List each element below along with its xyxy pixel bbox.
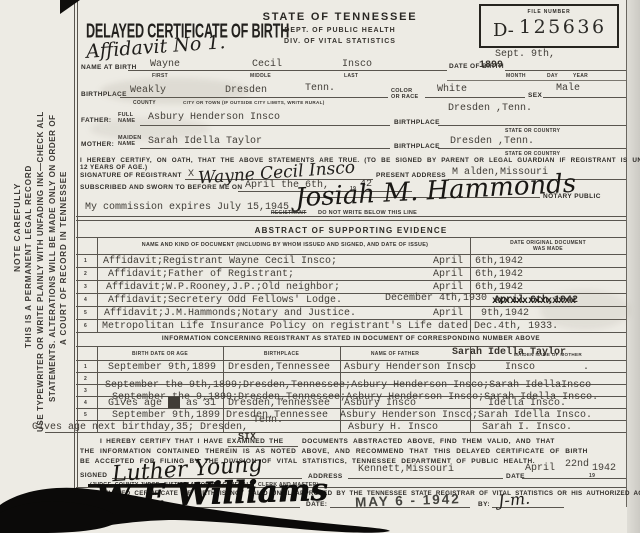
birthplace-state-value: Tenn. bbox=[305, 83, 335, 94]
mother-birthplace-underline bbox=[438, 148, 626, 149]
typed-birth-date-month: Sept. 9th, bbox=[495, 49, 555, 60]
info-concerning-header: INFORMATION CONCERNING REGISTRANT AS STA… bbox=[76, 335, 626, 342]
registrar-agent-initials: J-m. bbox=[497, 489, 531, 511]
t1-r1-num: 1 bbox=[84, 258, 87, 264]
t2-birth-col-header: BIRTH DATE OR AGE bbox=[97, 351, 223, 357]
notary-public-label: NOTARY PUBLIC bbox=[543, 193, 601, 200]
sex-value: Male bbox=[556, 83, 580, 94]
date-of-birth-year-value: 1899 bbox=[479, 60, 503, 71]
bleed-smudge bbox=[100, 78, 250, 104]
t1-r1-doc: Affidavit;Registrant Wayne Cecil Insco; bbox=[103, 256, 337, 267]
color-race-label: COLOR OR RACE bbox=[391, 88, 421, 100]
t1-r2-line bbox=[76, 280, 626, 281]
father-birthplace-underline bbox=[438, 125, 626, 126]
race-underline bbox=[425, 97, 525, 98]
dob-underline bbox=[505, 70, 626, 71]
father-state-country-sublabel: STATE OR COUNTRY bbox=[505, 128, 560, 134]
father-birthplace-label: BIRTHPLACE bbox=[394, 119, 440, 126]
mother-birthplace-label: BIRTHPLACE bbox=[394, 143, 440, 150]
sworn-label: SUBSCRIBED AND SWORN TO BEFORE ME ON bbox=[80, 184, 242, 191]
t2-r4-mother: Idella Insco. bbox=[488, 398, 566, 409]
t2-headline bbox=[76, 360, 626, 361]
race-value: White bbox=[437, 84, 467, 95]
sex-underline bbox=[543, 97, 626, 98]
t2-r5-father: Asbury Henderson Insco; bbox=[340, 410, 478, 421]
t1-top bbox=[76, 237, 626, 238]
margin-note-court: A COURT OF RECORD IN TENNESSEE bbox=[59, 171, 68, 345]
name-middle-value: Cecil bbox=[252, 59, 282, 70]
file-number-prefix: D- bbox=[493, 20, 514, 41]
t1-r5-num: 5 bbox=[84, 310, 87, 316]
t1-r3-date: April 6th,1942 bbox=[433, 282, 523, 293]
t1-r6-doc: Metropolitan Life Insurance Policy on re… bbox=[102, 321, 558, 332]
t1-numcol-line bbox=[97, 237, 98, 332]
margin-note-typewriter: USE TYPEWRITER OR WRITE PLAINLY WITH UNF… bbox=[36, 111, 45, 432]
t2-r6-place-above: Tenn. bbox=[253, 415, 283, 426]
sex-label: SEX bbox=[528, 92, 542, 99]
t1-bottom bbox=[76, 332, 626, 333]
t2-r4-father: Asbury Insco bbox=[344, 398, 416, 409]
ink-blot bbox=[0, 479, 400, 533]
date-year-value: 1942 bbox=[592, 463, 616, 474]
registrant-signature-x: X bbox=[188, 169, 194, 180]
commission-expires-note: My commission expires July 15,1945. bbox=[85, 202, 295, 213]
year-sublabel: YEAR bbox=[573, 73, 588, 79]
date-underline bbox=[522, 478, 626, 479]
section-divider-top bbox=[76, 216, 626, 217]
t2-r5-birth: September 9th,1899 bbox=[112, 410, 220, 421]
month-sublabel: MONTH bbox=[506, 73, 526, 79]
t2-r6-birth: Gives age next birthday,35; Dresden, bbox=[32, 422, 248, 433]
t2-r2-num: 2 bbox=[84, 376, 87, 382]
dob-secondary-line bbox=[447, 80, 626, 81]
t2-r1-birth: September 9th,1899 bbox=[108, 362, 216, 373]
address-value: Kennett,Missouri bbox=[358, 464, 454, 475]
mother-birthplace-value: Dresden ,Tenn. bbox=[450, 136, 534, 147]
t2-r4-num: 4 bbox=[84, 400, 87, 406]
t1-r2-doc: Affidavit;Father of Registrant; bbox=[108, 269, 294, 280]
bleed-smudge bbox=[90, 118, 210, 140]
cert-line1b: DOCUMENTS ABSTRACTED ABOVE, FIND THEM VA… bbox=[302, 438, 555, 445]
name-underline bbox=[128, 70, 447, 71]
father-birthplace-value: Dresden ,Tenn. bbox=[448, 103, 532, 114]
delayed-birth-certificate-document: NOTE CAREFULLY THIS IS A PERMANENT LEGAL… bbox=[0, 0, 640, 533]
t1-r2-num: 2 bbox=[84, 271, 87, 277]
t2-r6-father: Asbury H. Insco bbox=[348, 422, 438, 433]
t2-r5-mother: Sarah Idella Insco. bbox=[478, 410, 592, 421]
t1-r4-num: 4 bbox=[84, 297, 87, 303]
file-number-value: 125636 bbox=[519, 16, 607, 38]
t2-father-col-header: NAME OF FATHER bbox=[340, 351, 450, 357]
file-number-label: FILE NUMBER bbox=[481, 9, 617, 15]
t2-r3-num: 3 bbox=[84, 388, 87, 394]
day-sublabel: DAY bbox=[547, 73, 558, 79]
cert-blank-underline bbox=[228, 446, 298, 447]
t1-r3-doc: Affidavit;W.P.Rooney,J.P.;Old neighbor; bbox=[106, 282, 340, 293]
margin-note-alterations: STATEMENTS. ALTERATIONS WILL BE MADE ONL… bbox=[48, 114, 57, 402]
cert-line1a: I HEREBY CERTIFY THAT I HAVE EXAMINED TH… bbox=[100, 438, 284, 445]
t1-r4-date: December 4th,1930 bbox=[385, 293, 487, 304]
date-day-value: 22nd bbox=[565, 459, 589, 470]
t1-r5-line bbox=[76, 319, 626, 320]
dept-heading: DEPT. OF PUBLIC HEALTH bbox=[240, 27, 440, 34]
state-heading: STATE OF TENNESSEE bbox=[240, 11, 440, 23]
t1-r6-num: 6 bbox=[84, 323, 87, 329]
middle-sublabel: MIDDLE bbox=[250, 73, 271, 79]
t2-r1-father: Asbury Henderson Insco bbox=[344, 362, 476, 373]
t1-r3-num: 3 bbox=[84, 284, 87, 290]
t2-r1-num: 1 bbox=[84, 364, 87, 370]
section-divider-bottom bbox=[76, 220, 626, 221]
t2-mother-header-overtype: Sarah Idella Taylor bbox=[452, 347, 566, 358]
signed-label: SIGNED bbox=[80, 472, 107, 479]
signature-of-registrant-label: SIGNATURE OF REGISTRANT bbox=[80, 172, 182, 179]
t2-r5-num: 5 bbox=[84, 412, 87, 418]
t1-r3-line bbox=[76, 293, 626, 294]
bleed-smudge bbox=[540, 290, 630, 330]
t1-date-col-header-2: WAS MADE bbox=[472, 246, 624, 252]
t2-r4-birth: Gives age ██ as 31 bbox=[108, 398, 216, 409]
t1-doc-col-header: NAME AND KIND OF DOCUMENT (INCLUDING BY … bbox=[110, 242, 460, 248]
margin-note-careful: NOTE CAREFULLY bbox=[12, 183, 22, 272]
margin-note-permanent-record: THIS IS A PERMANENT LEGAL RECORD bbox=[24, 165, 33, 348]
t1-r5-date: April 9th,1942 bbox=[433, 308, 529, 319]
by-label: BY: bbox=[478, 501, 490, 508]
abstract-title: ABSTRACT OF SUPPORTING EVIDENCE bbox=[76, 226, 626, 235]
t1-r5-doc: Affidavit;J.M.Hammonds;Notary and Justic… bbox=[104, 308, 356, 319]
t1-r2-date: April 6th,1942 bbox=[433, 269, 523, 280]
division-heading: DIV. OF VITAL STATISTICS bbox=[240, 38, 440, 45]
name-last-value: Insco bbox=[342, 59, 372, 70]
name-first-value: Wayne bbox=[150, 59, 180, 70]
last-sublabel: LAST bbox=[344, 73, 358, 79]
t1-r1-date: April 6th,1942 bbox=[433, 256, 523, 267]
t2-r1-mother: Insco . bbox=[505, 362, 589, 373]
t2-place-col-header: BIRTHPLACE bbox=[223, 351, 340, 357]
t1-r4-doc: Affidavit;Secretery Odd Fellows' Lodge. bbox=[108, 295, 342, 306]
file-number-box: FILE NUMBER D- 125636 bbox=[479, 4, 619, 48]
t2-r4-place: Dresden,Tennessee bbox=[228, 398, 330, 409]
mother-name-underline bbox=[140, 148, 390, 149]
mother-label: MOTHER: bbox=[81, 141, 114, 148]
date-month-value: April bbox=[525, 463, 555, 474]
scan-right-edge-shadow bbox=[627, 0, 640, 533]
t2-r6-mother: Sarah I. Insco. bbox=[482, 422, 572, 433]
date-year-prefix: 19 bbox=[589, 473, 595, 479]
t1-headline bbox=[76, 254, 626, 255]
oath-certify-text-line2: 12 YEARS OF AGE.) bbox=[80, 164, 148, 171]
t2-numcol-line bbox=[97, 346, 98, 432]
t2-r1-place: Dresden,Tennessee bbox=[228, 362, 330, 373]
cert-line2: THE INFORMATION CONTAINED THEREIN IS AS … bbox=[80, 448, 626, 455]
t1-r1-line bbox=[76, 267, 626, 268]
